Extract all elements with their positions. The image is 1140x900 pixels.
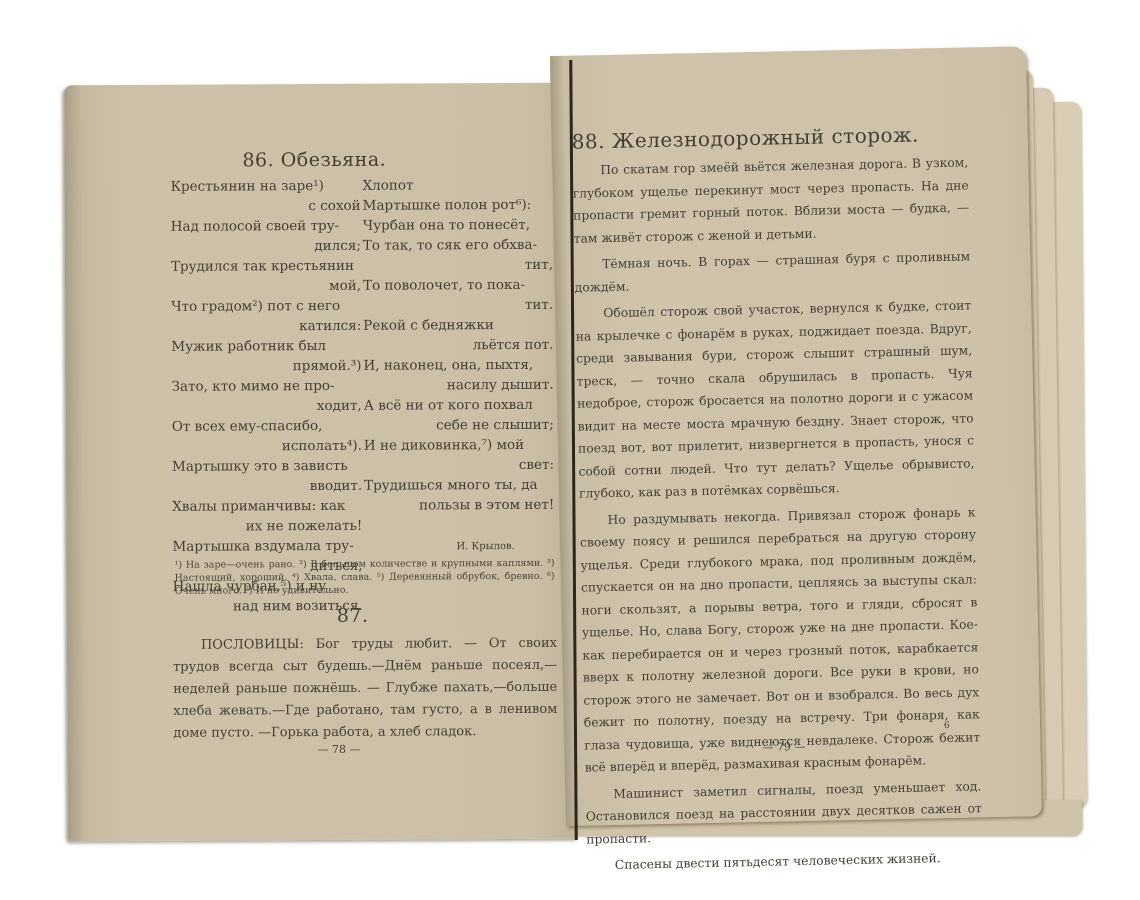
- poem-line: над ним возиться.: [173, 596, 363, 617]
- paragraph: По скатам гор змеёй вьётся железная доро…: [572, 151, 970, 249]
- left-page: 86. Обезьяна. Крестьянин на заре¹)с сохо…: [64, 83, 578, 842]
- poem-line: прямой.³): [171, 356, 361, 377]
- paragraph: Обошёл сторож свой участок, вернулся к б…: [575, 294, 975, 505]
- poem-line: А всё ни от кого похвал: [364, 395, 554, 416]
- poem-line: свет:: [364, 455, 554, 476]
- poem-line: ходит,: [172, 396, 362, 417]
- poem-line: их не пожелать!: [172, 516, 362, 537]
- paragraph: Тёмная ночь. В горах — страшная буря с п…: [574, 245, 971, 298]
- poem-line: И не диковинка,⁷) мой: [364, 435, 554, 456]
- poem-line: Мартышке полон рот⁶):: [363, 195, 553, 216]
- paragraph: Спасены двести пятьдесят человеческих жи…: [587, 846, 983, 877]
- poem-line: дился;: [171, 236, 361, 257]
- poem-line: Мартышка вздумала тру-: [172, 536, 362, 557]
- poem-line: И, наконец, она, пыхтя,: [363, 355, 553, 376]
- poem-line: вводит.: [172, 476, 362, 497]
- poem-line: себе не слышит;: [364, 415, 554, 436]
- poem-line: Хлопот: [363, 175, 553, 196]
- poem-column-1: Крестьянин на заре¹)с сохойНад полосой с…: [171, 176, 363, 617]
- poem-line: Что градом²) пот с него: [171, 296, 361, 317]
- section-88-body: По скатам гор змеёй вьётся железная доро…: [572, 151, 983, 881]
- signature-mark: 6: [944, 716, 950, 736]
- paragraph: Машинист заметил сигналы, поезд уменьшае…: [585, 775, 982, 851]
- poem-line: пользы в этом нет!: [364, 495, 554, 516]
- section-87-proverbs: ПОСЛОВИЦЫ: Бог труды любит. — От своих т…: [173, 633, 558, 745]
- poem-line: От всех ему-спасибо,: [172, 416, 362, 437]
- footnotes: ¹) На заре—очень рано. ²) В большом коли…: [175, 557, 555, 598]
- poem-line: мой,: [171, 276, 361, 297]
- poem-line: льётся пот.: [363, 335, 553, 356]
- poem-author: И. Крылов.: [456, 537, 514, 557]
- page-number-78: — 78 —: [317, 740, 360, 760]
- poem-line: тит.: [363, 295, 553, 316]
- poem-line: Хвалы приманчивы: как: [172, 496, 362, 517]
- page-number-79: — 79 —: [762, 737, 805, 758]
- poem-column-2: ХлопотМартышке полон рот⁶):Чурбан она то…: [363, 175, 555, 516]
- poem-line: Мужик работник был: [171, 336, 361, 357]
- section-86-title: 86. Обезьяна.: [242, 150, 386, 171]
- poem-line: катился:: [171, 316, 361, 337]
- poem-line: Рекой с бедняжки: [363, 315, 553, 336]
- poem-line: Трудился так крестьянин: [171, 256, 361, 277]
- poem-line: Крестьянин на заре¹): [171, 176, 361, 197]
- poem-line: Мартышку это в зависть: [172, 456, 362, 477]
- section-87-title: 87.: [337, 606, 369, 626]
- poem-line: Трудишься много ты, да: [364, 475, 554, 496]
- section-88-title: 88. Железнодорожный сторож.: [571, 124, 919, 151]
- poem-line: Над полосой своей тру-: [171, 216, 361, 237]
- poem-line: тит,: [363, 255, 553, 276]
- poem-line: Чурбан она то понесёт,: [363, 215, 553, 236]
- poem-line: То поволочет, то пока-: [363, 275, 553, 296]
- poem-line: насилу дышит.: [364, 375, 554, 396]
- poem-line: исполать⁴).: [172, 436, 362, 457]
- right-page: 88. Железнодорожный сторож. По скатам го…: [550, 46, 1042, 826]
- poem-line: с сохой: [171, 196, 361, 217]
- poem-line: Зато, кто мимо не про-: [172, 376, 362, 397]
- poem-line: То так, то сяк его обхва-: [363, 235, 553, 256]
